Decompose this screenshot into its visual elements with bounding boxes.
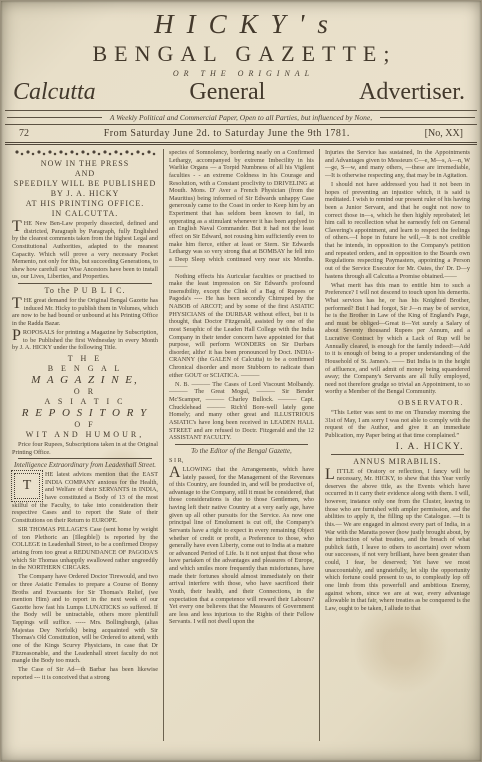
- newspaper-page: HICKY's BENGAL GAZETTE; OR THE ORIGINAL …: [0, 0, 482, 762]
- title-line: O R: [12, 387, 158, 396]
- body-paragraph: LITTLE of Oratory or reflection, I fancy…: [325, 468, 470, 613]
- drop-cap: T: [12, 297, 24, 310]
- page-number: 72: [19, 128, 29, 139]
- column-3: Injuries the Service has sustained, In t…: [319, 149, 475, 741]
- heading-line: AND: [12, 169, 158, 178]
- heading-line: BY J. A. HICKY: [12, 189, 158, 198]
- fleuron-ornament-row: [14, 149, 156, 157]
- title-line: B E N G A L: [12, 364, 158, 373]
- masthead-word-general: General: [189, 79, 265, 106]
- section-heading: NOW IN THE PRESSANDSPEEDILY WILL BE PUBL…: [12, 159, 158, 218]
- title-line: T H E: [12, 354, 158, 363]
- publication-title-block: T H EB E N G A LM A G A Z I N E,O RA S I…: [12, 354, 158, 439]
- section-heading: ANNUS MIRABILIS.: [325, 457, 470, 466]
- body-paragraph: ALLOWING that the Arrangements, which ha…: [169, 466, 314, 626]
- section-divider: [331, 454, 464, 455]
- body-paragraph: Price four Rupees, Subscriptions taken i…: [12, 441, 158, 456]
- masthead-title-hickys: HICKY's: [1, 9, 481, 40]
- title-line: WIT AND HUMOUR,: [12, 430, 158, 439]
- masthead: HICKY's BENGAL GAZETTE; OR THE ORIGINAL …: [1, 1, 481, 145]
- drop-cap: A: [169, 466, 183, 479]
- body-paragraph: PROPOSALS for printing a Magazine by Sub…: [12, 329, 158, 352]
- title-line: R E P O S I T O R Y: [12, 407, 158, 419]
- section-heading: To the P U B L I C.: [12, 286, 158, 295]
- body-paragraph: THE New Ben-Law properly dissected, defi…: [12, 220, 158, 281]
- article-columns: NOW IN THE PRESSANDSPEEDILY WILL BE PUBL…: [1, 145, 481, 741]
- tagline-rule-right: [380, 117, 475, 118]
- signature-line: I. A. HICKY.: [325, 442, 464, 452]
- body-paragraph: The Case of Sir Ad—th Barbar has been li…: [12, 666, 158, 681]
- tagline-rule-left: [7, 117, 102, 118]
- body-paragraph: Nothing effects his Auricular faculties …: [169, 273, 314, 380]
- masthead-word-advertiser: Advertiser.: [359, 79, 465, 106]
- italic-heading: Intelligence Extraordinary from Leadenha…: [12, 461, 158, 469]
- tagline-row: A Weekly Political and Commercial Paper,…: [1, 111, 481, 124]
- body-paragraph: species of Somnolency, bordering nearly …: [169, 149, 314, 271]
- column-1: NOW IN THE PRESSANDSPEEDILY WILL BE PUBL…: [7, 149, 163, 741]
- body-paragraph: N. B. ——— The Cases of Lord Viscount Mol…: [169, 381, 314, 442]
- drop-cap: T: [12, 220, 24, 233]
- heading-line: SPEEDILY WILL BE PUBLISHED: [12, 179, 158, 188]
- paper-tagline: A Weekly Political and Commercial Paper,…: [110, 113, 372, 122]
- signature-line: OBSERVATOR.: [325, 398, 464, 407]
- dateline: 72 From Saturday June 2d. to Saturday Ju…: [5, 124, 477, 145]
- column-2: species of Somnolency, bordering nearly …: [163, 149, 319, 741]
- body-paragraph: THE great demand for the Original Bengal…: [12, 297, 158, 328]
- body-paragraph: Injuries the Service has sustained, In t…: [325, 149, 470, 180]
- body-paragraph: I should not have addressed you had it n…: [325, 181, 470, 280]
- heading-line: IN CALCUTTA.: [12, 209, 158, 218]
- title-line: O F: [12, 420, 158, 429]
- body-paragraph: THE latest advices mention that the EAST…: [12, 471, 158, 524]
- body-paragraph: S I R,: [169, 457, 314, 465]
- italic-heading: To the Editor of the Bengal Gazette,: [169, 447, 314, 455]
- heading-line: NOW IN THE PRESS: [12, 159, 158, 168]
- masthead-title-bengal-gazette: BENGAL GAZETTE;: [1, 41, 481, 67]
- section-divider: [175, 444, 308, 445]
- body-paragraph: What merit has this man to entitle him t…: [325, 282, 470, 396]
- drop-cap: L: [325, 468, 337, 481]
- body-paragraph: SIR THOMAS PILLAGE'S Case (sent home by …: [12, 526, 158, 572]
- masthead-word-calcutta: Calcutta: [13, 79, 96, 106]
- issue-number: [No, XX]: [425, 128, 463, 139]
- heading-line: AT HIS PRINTING OFFICE.: [12, 199, 158, 208]
- drop-cap: P: [12, 329, 23, 342]
- section-divider: [18, 283, 152, 284]
- body-paragraph: “This Letter was sent to me on Thursday …: [325, 409, 470, 440]
- body-paragraph: The Company have Ordered Doctor Tirewoul…: [12, 573, 158, 665]
- title-line: M A G A Z I N E,: [12, 374, 158, 386]
- title-line: A S I A T I C: [12, 397, 158, 406]
- section-divider: [18, 458, 152, 459]
- heading-line: To the P U B L I C.: [12, 286, 158, 295]
- masthead-or-the-original: OR THE ORIGINAL: [1, 69, 481, 78]
- heading-line: ANNUS MIRABILIS.: [325, 457, 470, 466]
- drop-cap: T: [14, 473, 40, 499]
- masthead-calcutta-general-advertiser: Calcutta General Advertiser.: [1, 78, 481, 110]
- date-range: From Saturday June 2d. to Saturday June …: [104, 128, 350, 139]
